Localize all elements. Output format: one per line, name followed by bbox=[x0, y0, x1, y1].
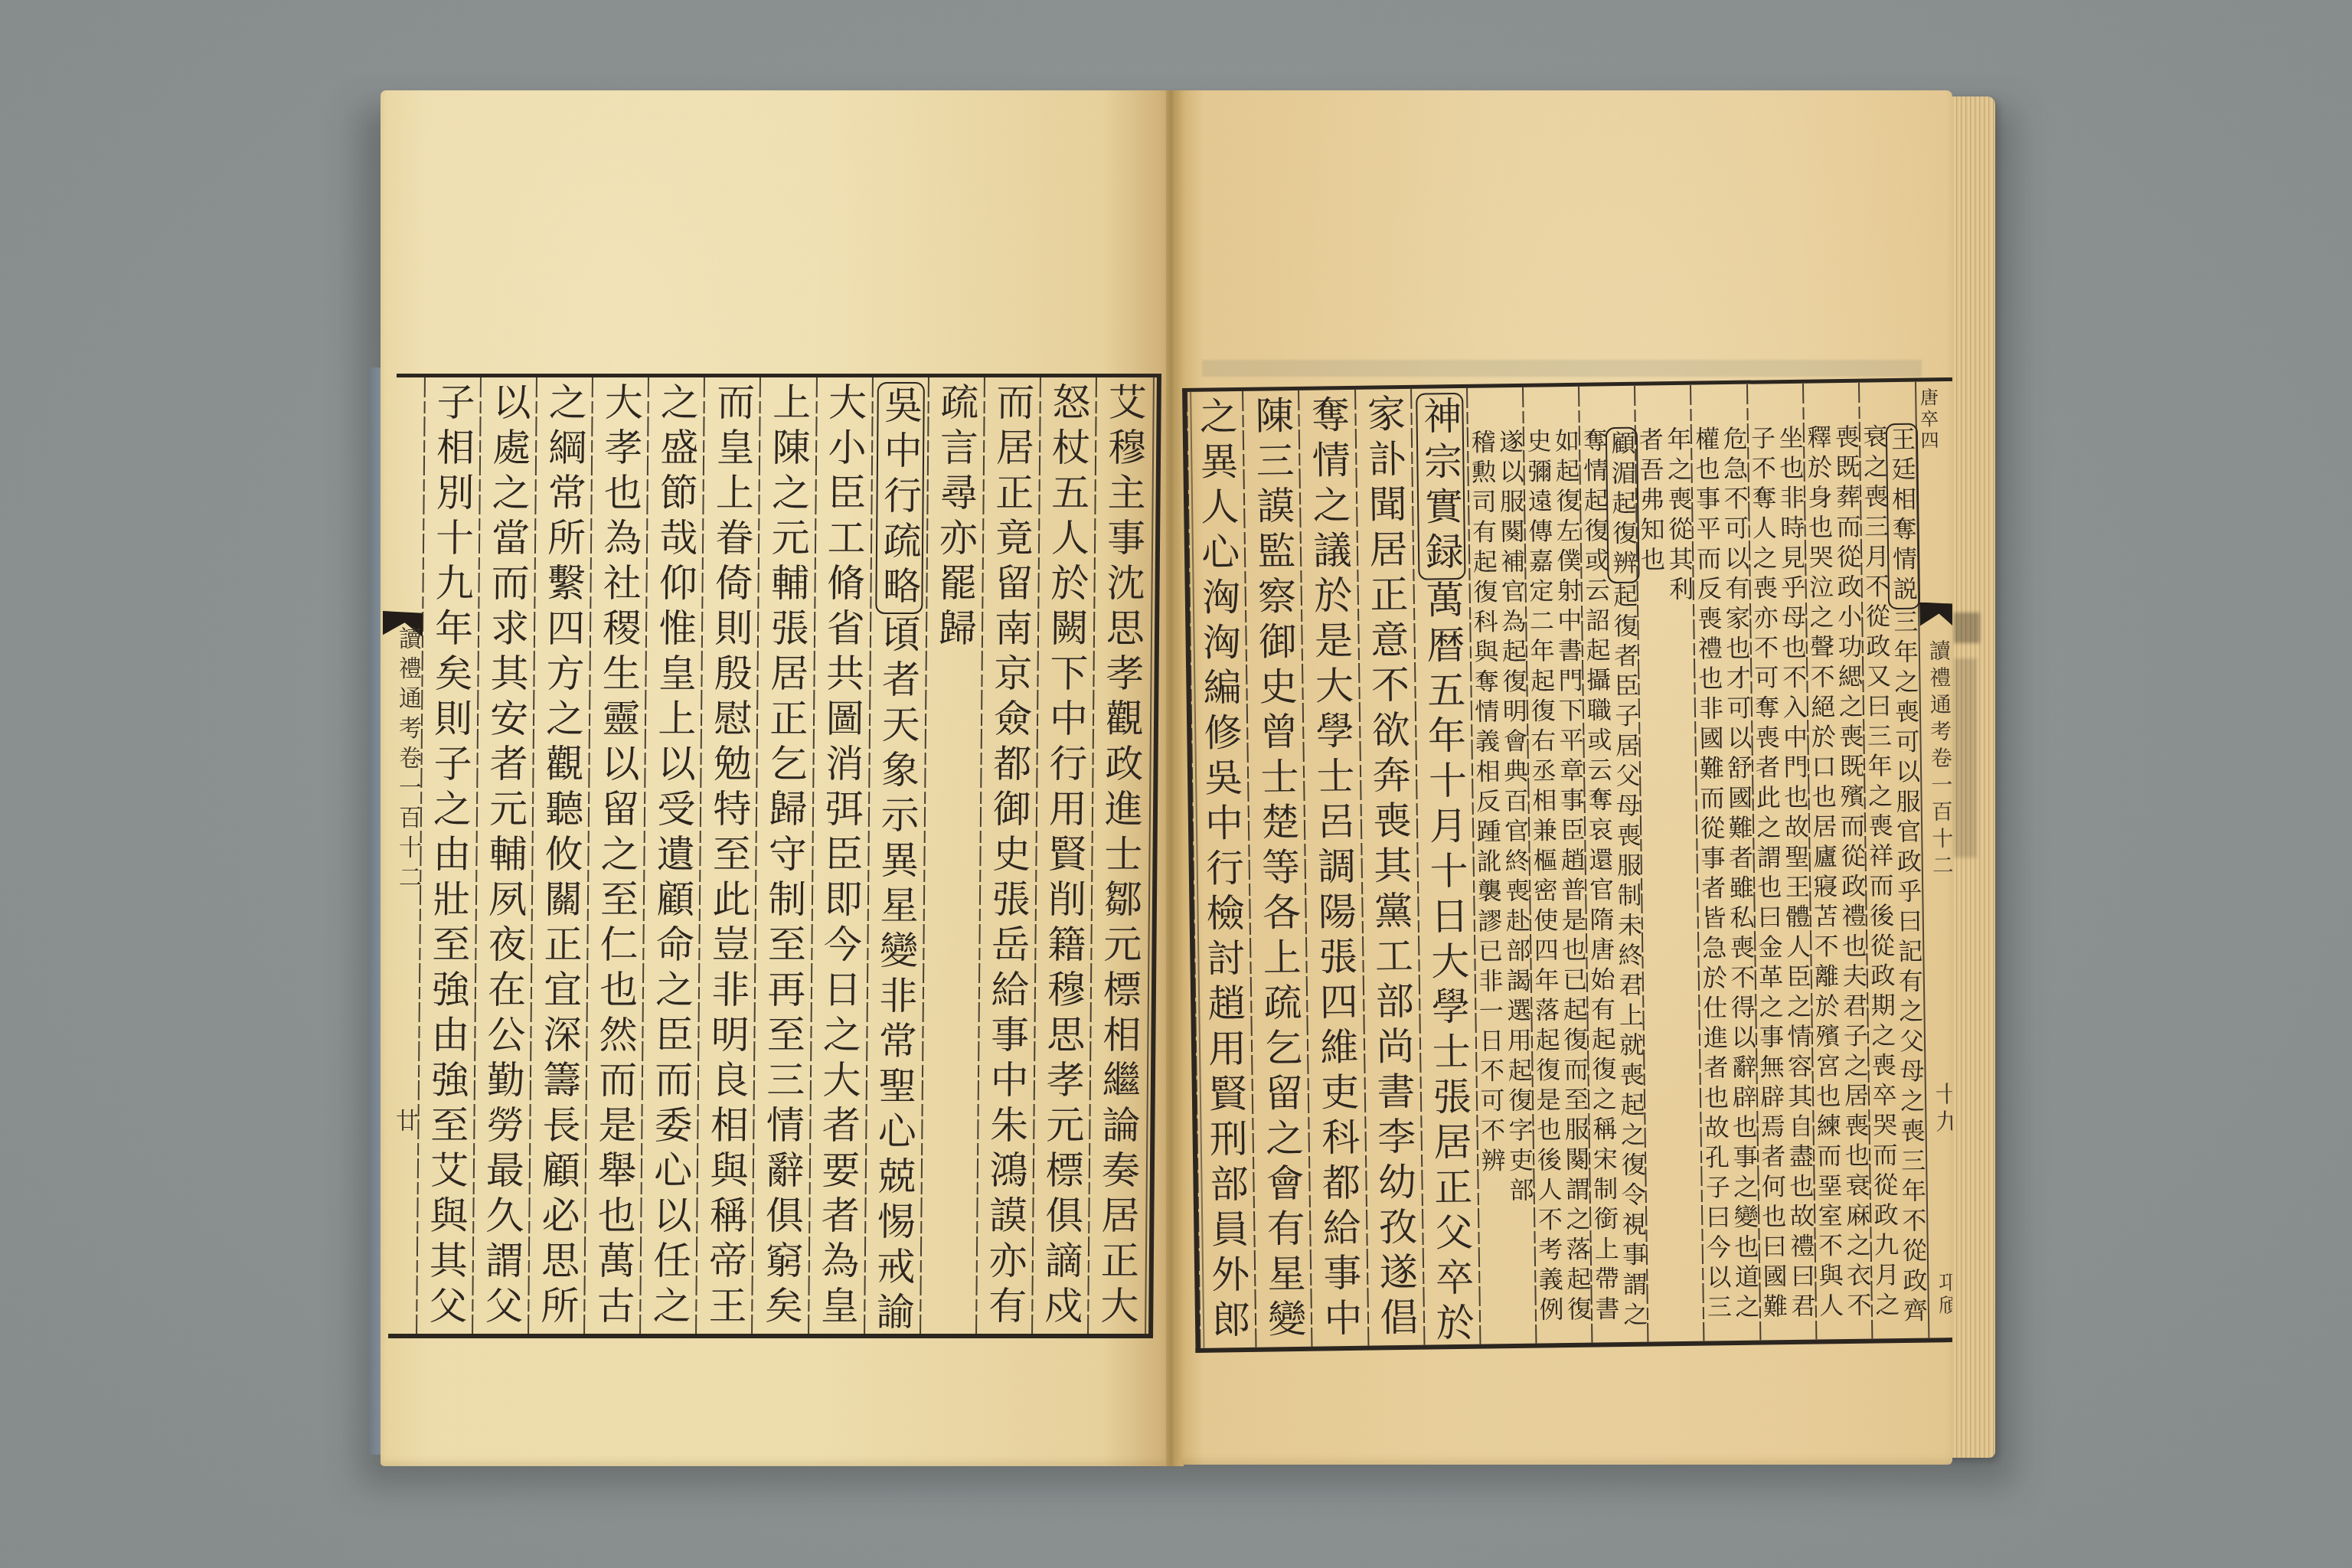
column-text: 家訃聞居正意不欲奔喪其黨工部尚書李幼孜遂倡 bbox=[1361, 394, 1419, 1343]
column-text: 大孝也為社稷生靈以留之至仁也然而是舉也萬古 bbox=[590, 382, 643, 1331]
text-column: 之盛節哉仰惟皇上以受遺顧命之臣而委心以任之 bbox=[640, 377, 704, 1334]
column-text: 以處之當而求其安者元輔夙夜在公勤勞最久謂父 bbox=[479, 382, 531, 1331]
column-text: 大小臣工脩省共圖消弭臣即今日之大者要者為皇 bbox=[815, 382, 867, 1331]
column-text: 疏言尋亦罷歸 bbox=[933, 382, 979, 653]
margin-tag: 唐卒四 bbox=[1916, 387, 1939, 452]
column-text: 怒杖五人於闕下中行用賢削籍穆思孝元標俱謫戍 bbox=[1038, 382, 1091, 1331]
text-column: 上陳之元輔張居正乞歸守制至再至三情辭俱窮矣 bbox=[753, 377, 817, 1334]
left-page-frame: 艾穆主事沈思孝觀政進士鄒元標相繼論奏居正大 怒杖五人於闕下中行用賢削籍穆思孝元標… bbox=[388, 374, 1161, 1338]
commentary-text: 者吾弗知也 bbox=[1635, 426, 1667, 577]
left-page-columns: 艾穆主事沈思孝觀政進士鄒元標相繼論奏居正大 怒杖五人於闕下中行用賢削籍穆思孝元標… bbox=[416, 377, 1152, 1334]
column-text: 奪情之議於是大學士呂調陽張四維吏科都給事中 bbox=[1305, 394, 1363, 1344]
text-column: 之綱常所繫四方之觀聽攸關正宜深籌長顧必思所 bbox=[528, 377, 593, 1334]
fore-edge-ink-smudge bbox=[1954, 612, 1980, 643]
text-column: 艾穆主事沈思孝觀政進士鄒元標相繼論奏居正大 bbox=[1088, 377, 1152, 1334]
spine-title: 讀禮通考卷一百十二 bbox=[1926, 639, 1952, 880]
column-text: 而居正竟留南京僉都御史張岳給事中朱鴻謨亦有 bbox=[982, 382, 1035, 1331]
column-text: 萬暦五年十月十日大學士張居正父卒於 bbox=[1419, 580, 1475, 1348]
spine-page-number: 十九 bbox=[1931, 1082, 1952, 1137]
column-text: 艾穆主事沈思孝觀政進士鄒元標相繼論奏居正大 bbox=[1094, 382, 1147, 1331]
fishtail-mark-icon bbox=[1919, 602, 1952, 629]
text-column: 大孝也為社稷生靈以留之至仁也然而是舉也萬古 bbox=[584, 377, 648, 1334]
text-column: 以處之當而求其安者元輔夙夜在公勤勞最久謂父 bbox=[472, 377, 537, 1334]
text-column: 子相別十九年矣則子之由壯至強由強至艾與其父 bbox=[416, 377, 481, 1334]
column-text: 之盛節哉仰惟皇上以受遺顧命之臣而委心以任之 bbox=[646, 382, 699, 1331]
column-text: 而皇上眷倚則殷慰勉特至此豈非明良相與稱帝王 bbox=[702, 382, 755, 1331]
section-marker: 神宗實録 bbox=[1416, 393, 1465, 580]
text-column: 大小臣工脩省共圖消弭臣即今日之大者要者為皇 bbox=[808, 377, 873, 1334]
carver-mark: 邛頎 bbox=[1935, 1272, 1952, 1318]
column-text: 陳三謨監察御史曾士楚等各上疏乞留之會有星變 bbox=[1249, 395, 1306, 1344]
column-text: 頃者天象示異星變非常聖心兢惕戒諭 bbox=[871, 614, 921, 1337]
column-text: 之綱常所繫四方之觀聽攸關正宜深籌長顧必思所 bbox=[534, 382, 587, 1331]
column-text: 之異人心洶洶編修吳中行檢討趙用賢刑部員外郎 bbox=[1193, 396, 1250, 1345]
right-page-columns: 王廷相奪情説三年之喪可以服官政乎曰記有之父母之喪三年不從政齊 衰之喪三月不從政又… bbox=[1187, 382, 1929, 1348]
commentary-text: 年之喪從其利 bbox=[1663, 426, 1694, 606]
text-column: 吳中行疏略頃者天象示異星變非常聖心兢惕戒諭 bbox=[864, 377, 929, 1334]
text-column: 而居正竟留南京僉都御史張岳給事中朱鴻謨亦有 bbox=[976, 377, 1040, 1334]
section-marker: 吳中行疏略 bbox=[875, 382, 925, 614]
fore-edge-ink-smudge bbox=[1954, 658, 1977, 857]
text-column: 怒杖五人於闕下中行用賢削籍穆思孝元標俱謫戍 bbox=[1032, 377, 1096, 1334]
section-marker: 顧湄起復辨 bbox=[1606, 427, 1640, 583]
text-column: 疏言尋亦罷歸 bbox=[920, 377, 985, 1334]
left-page: 讀禮通考卷一百十二 廿 艾穆主事沈思孝觀政進士鄒元標相繼論奏居正大 怒杖五人於闕… bbox=[381, 90, 1166, 1466]
text-column: 而皇上眷倚則殷慰勉特至此豈非明良相與稱帝王 bbox=[696, 377, 760, 1334]
right-page-frame: 王廷相奪情説三年之喪可以服官政乎曰記有之父母之喪三年不從政齊 衰之喪三月不從政又… bbox=[1182, 377, 1952, 1353]
column-text: 子相別十九年矣則子之由壯至強由強至艾與其父 bbox=[423, 382, 475, 1331]
ink-bleed-through bbox=[1202, 360, 1922, 377]
column-text: 上陳之元輔張居正乞歸守制至再至三情辭俱窮矣 bbox=[759, 382, 812, 1331]
right-page: 王廷相奪情説三年之喪可以服官政乎曰記有之父母之喪三年不從政齊 衰之喪三月不從政又… bbox=[1181, 90, 1952, 1465]
